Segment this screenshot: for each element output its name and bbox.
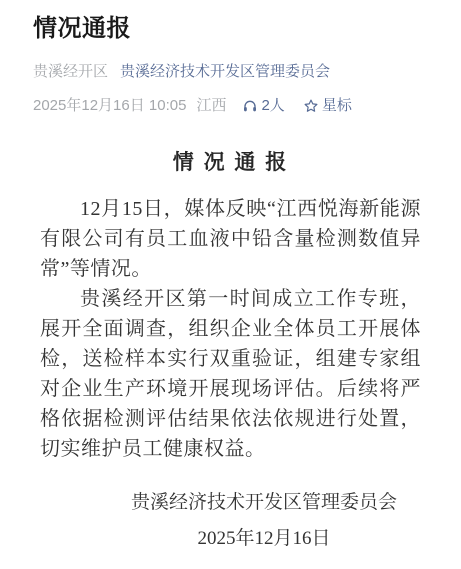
signature-inner: 贵溪经济技术开发区管理委员会 2025年12月16日: [131, 490, 397, 552]
listen-count-button[interactable]: 2人: [242, 95, 284, 116]
byline: 贵溪经开区贵溪经济技术开发区管理委员会: [33, 61, 428, 82]
document-title: 情 况 通 报: [40, 146, 421, 176]
star-icon: [303, 98, 319, 114]
article-header: 情况通报 贵溪经开区贵溪经济技术开发区管理委员会 2025年12月16日 10:…: [0, 0, 461, 116]
star-label: 星标: [322, 95, 352, 116]
paragraph-1: 12月15日，媒体反映“江西悦海新能源有限公司有员工血液中铅含量检测数值异常”等…: [40, 194, 421, 284]
account-link[interactable]: 贵溪经济技术开发区管理委员会: [120, 63, 330, 80]
paragraph-2: 贵溪经开区第一时间成立工作专班，展开全面调查，组织企业全体员工开展体检，送检样本…: [40, 284, 421, 464]
meta-row: 2025年12月16日 10:05 江西 2人: [33, 95, 428, 116]
publish-datetime: 2025年12月16日 10:05: [33, 95, 186, 116]
document-body: 情 况 通 报 12月15日，媒体反映“江西悦海新能源有限公司有员工血液中铅含量…: [40, 146, 421, 552]
headphones-icon: [242, 98, 258, 114]
signature-date: 2025年12月16日: [131, 526, 397, 552]
listen-count: 2人: [261, 95, 284, 116]
author-name: 贵溪经开区: [33, 63, 108, 80]
article-title: 情况通报: [33, 13, 428, 45]
star-button[interactable]: 星标: [303, 95, 352, 116]
article-page: 情况通报 贵溪经开区贵溪经济技术开发区管理委员会 2025年12月16日 10:…: [0, 0, 461, 569]
publish-region: 江西: [196, 95, 226, 116]
signature-block: 贵溪经济技术开发区管理委员会 2025年12月16日: [40, 490, 421, 552]
signature-name: 贵溪经济技术开发区管理委员会: [131, 490, 397, 516]
